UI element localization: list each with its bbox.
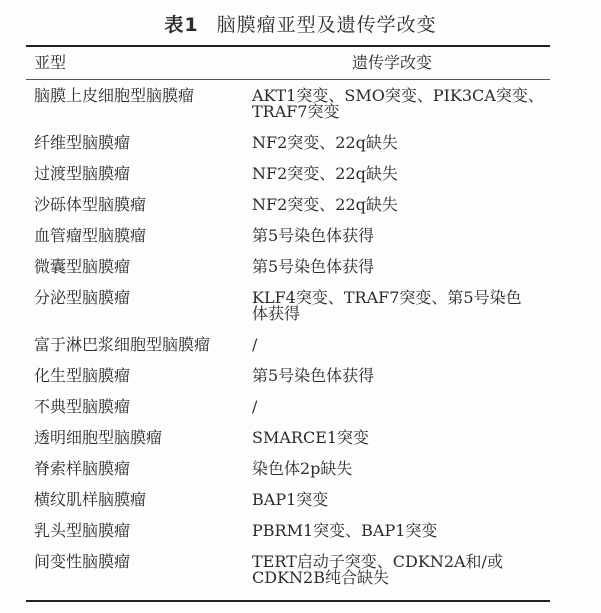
genetics-cell: 第5号染色体获得 (252, 228, 548, 244)
subtype-cell: 纤维型脑膜瘤 (34, 135, 252, 151)
table-row: 血管瘤型脑膜瘤第5号染色体获得 (34, 225, 550, 256)
genetics-cell: SMARCE1突变 (252, 430, 548, 446)
genetics-cell: / (252, 399, 548, 415)
subtype-cell: 透明细胞型脑膜瘤 (34, 430, 252, 446)
genetics-cell: NF2突变、22q缺失 (252, 197, 548, 213)
subtype-cell: 脊索样脑膜瘤 (34, 461, 252, 477)
header-rule (26, 79, 550, 80)
genetics-cell: PBRM1突变、BAP1突变 (252, 523, 548, 539)
header-subtype: 亚型 (34, 50, 66, 73)
subtype-cell: 血管瘤型脑膜瘤 (34, 228, 252, 244)
table-title: 脑膜瘤亚型及遗传学改变 (217, 14, 437, 36)
subtype-cell: 过渡型脑膜瘤 (34, 166, 252, 182)
table-body: 脑膜上皮细胞型脑膜瘤AKT1突变、SMO突变、PIK3CA突变、 TRAF7突变… (34, 85, 550, 598)
table-row: 间变性脑膜瘤TERT启动子突变、CDKN2A和/或 CDKN2B纯合缺失 (34, 551, 550, 598)
table-row: 分泌型脑膜瘤KLF4突变、TRAF7突变、第5号染色 体获得 (34, 287, 550, 334)
table-row: 过渡型脑膜瘤NF2突变、22q缺失 (34, 163, 550, 194)
table-caption: 表1脑膜瘤亚型及遗传学改变 (0, 10, 601, 37)
header-genetics: 遗传学改变 (352, 50, 432, 73)
genetics-cell: 染色体2p缺失 (252, 461, 548, 477)
table-row: 纤维型脑膜瘤NF2突变、22q缺失 (34, 132, 550, 163)
table-number: 表1 (164, 14, 198, 36)
genetics-cell: 第5号染色体获得 (252, 259, 548, 275)
table-row: 化生型脑膜瘤第5号染色体获得 (34, 365, 550, 396)
table-row: 沙砾体型脑膜瘤NF2突变、22q缺失 (34, 194, 550, 225)
subtype-cell: 化生型脑膜瘤 (34, 368, 252, 384)
genetics-cell: NF2突变、22q缺失 (252, 135, 548, 151)
table-row: 脊索样脑膜瘤染色体2p缺失 (34, 458, 550, 489)
subtype-cell: 乳头型脑膜瘤 (34, 523, 252, 539)
subtype-cell: 富于淋巴浆细胞型脑膜瘤 (34, 337, 252, 353)
table-row: 微囊型脑膜瘤第5号染色体获得 (34, 256, 550, 287)
table-row: 乳头型脑膜瘤PBRM1突变、BAP1突变 (34, 520, 550, 551)
table-row: 不典型脑膜瘤/ (34, 396, 550, 427)
bottom-rule (26, 600, 550, 602)
subtype-cell: 沙砾体型脑膜瘤 (34, 197, 252, 213)
top-rule (26, 45, 550, 47)
table-row: 透明细胞型脑膜瘤SMARCE1突变 (34, 427, 550, 458)
genetics-cell: 第5号染色体获得 (252, 368, 548, 384)
table-row: 脑膜上皮细胞型脑膜瘤AKT1突变、SMO突变、PIK3CA突变、 TRAF7突变 (34, 85, 550, 132)
genetics-cell: / (252, 337, 548, 353)
genetics-cell: TERT启动子突变、CDKN2A和/或 CDKN2B纯合缺失 (252, 554, 548, 586)
subtype-cell: 不典型脑膜瘤 (34, 399, 252, 415)
subtype-cell: 脑膜上皮细胞型脑膜瘤 (34, 88, 252, 120)
genetics-cell: AKT1突变、SMO突变、PIK3CA突变、 TRAF7突变 (252, 88, 548, 120)
subtype-cell: 分泌型脑膜瘤 (34, 290, 252, 322)
genetics-cell: NF2突变、22q缺失 (252, 166, 548, 182)
subtype-cell: 间变性脑膜瘤 (34, 554, 252, 586)
subtype-cell: 微囊型脑膜瘤 (34, 259, 252, 275)
subtype-cell: 横纹肌样脑膜瘤 (34, 492, 252, 508)
table-row: 横纹肌样脑膜瘤BAP1突变 (34, 489, 550, 520)
genetics-cell: KLF4突变、TRAF7突变、第5号染色 体获得 (252, 290, 548, 322)
genetics-cell: BAP1突变 (252, 492, 548, 508)
table-row: 富于淋巴浆细胞型脑膜瘤/ (34, 334, 550, 365)
